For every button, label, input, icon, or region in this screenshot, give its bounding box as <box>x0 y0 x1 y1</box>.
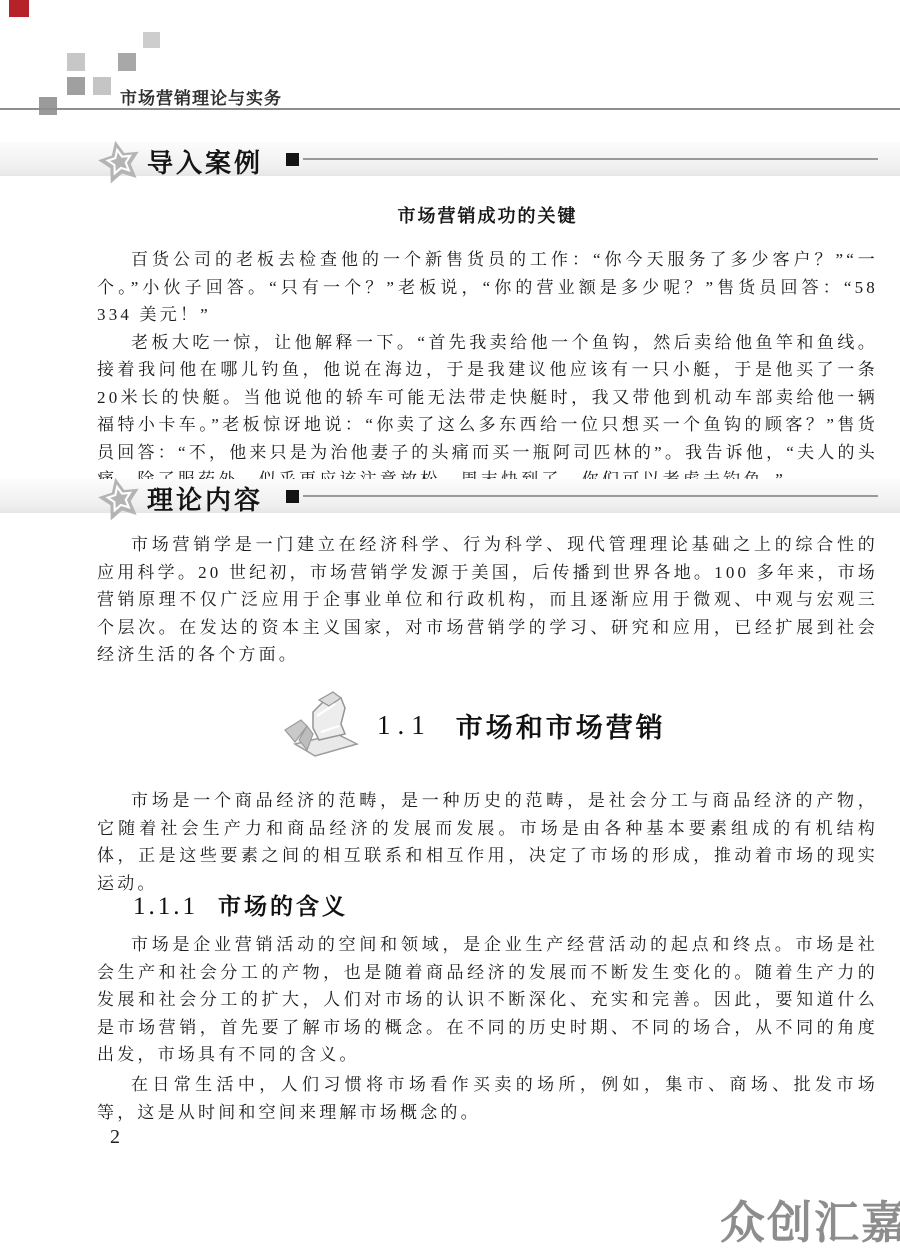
book-page: 市场营销理论与实务 导入案例 市场营销成功的关键 百货公司的老板去检查他的一个新… <box>0 0 900 1251</box>
theory-section-header: 理论内容 <box>0 477 900 529</box>
decor-square <box>67 77 85 95</box>
decor-square <box>143 32 160 48</box>
section-rule <box>303 495 878 497</box>
section-title: 理论内容 <box>147 480 263 517</box>
decor-square <box>93 77 111 95</box>
watermark: 众创汇嘉 <box>720 1186 900 1251</box>
page-number: 2 <box>110 1126 120 1149</box>
subsection-paragraph-2: 在日常生活中，人们习惯将市场看作买卖的场所，例如，集市、商场、批发市场等，这是从… <box>97 1071 878 1126</box>
chapter-title: 市场和市场营销 <box>456 706 666 745</box>
subsection-paragraph-1: 市场是企业营销活动的空间和领域，是企业生产经营活动的起点和终点。市场是社会生产和… <box>97 931 878 1069</box>
red-corner-mark <box>9 0 29 17</box>
subsection-title: 市场的含义 <box>218 888 348 921</box>
section-title: 导入案例 <box>147 143 263 180</box>
subsection-number: 1.1.1 <box>133 893 198 921</box>
case-paragraph: 百货公司的老板去检查他的一个新售货员的工作：“你今天服务了多少客户？”“一个。”… <box>97 246 878 329</box>
decor-square <box>67 53 85 71</box>
case-paragraph: 老板大吃一惊，让他解释一下。“首先我卖给他一个鱼钩，然后卖给他鱼竿和鱼线。接着我… <box>97 329 878 494</box>
header-rule <box>0 108 900 110</box>
decor-square <box>118 53 136 71</box>
body-paragraph: 市场是一个商品经济的范畴，是一种历史的范畴，是社会分工与商品经济的产物，它随着社… <box>97 787 878 897</box>
stamp-icon <box>283 686 361 765</box>
book-title: 市场营销理论与实务 <box>120 84 282 109</box>
decor-square <box>39 97 57 115</box>
section-rule <box>303 158 878 160</box>
chapter-number: 1.1 <box>377 710 432 741</box>
square-bullet-icon <box>286 490 299 503</box>
case-section-header: 导入案例 <box>0 140 900 192</box>
body-paragraph: 市场是企业营销活动的空间和领域，是企业生产经营活动的起点和终点。市场是社会生产和… <box>97 931 878 1069</box>
theory-paragraphs: 市场营销学是一门建立在经济科学、行为科学、现代管理理论基础之上的综合性的应用科学… <box>97 531 878 669</box>
section-1-1-paragraphs: 市场是一个商品经济的范畴，是一种历史的范畴，是社会分工与商品经济的产物，它随着社… <box>97 787 878 897</box>
square-bullet-icon <box>286 153 299 166</box>
case-title: 市场营销成功的关键 <box>97 202 878 228</box>
theory-paragraph: 市场营销学是一门建立在经济科学、行为科学、现代管理理论基础之上的综合性的应用科学… <box>97 531 878 669</box>
chapter-heading-1-1: 1.1 市场和市场营销 <box>283 686 666 765</box>
subsection-heading-1-1-1: 1.1.1 市场的含义 <box>133 888 348 921</box>
body-paragraph: 在日常生活中，人们习惯将市场看作买卖的场所，例如，集市、商场、批发市场等，这是从… <box>97 1071 878 1126</box>
case-paragraphs: 百货公司的老板去检查他的一个新售货员的工作：“你今天服务了多少客户？”“一个。”… <box>97 246 878 494</box>
